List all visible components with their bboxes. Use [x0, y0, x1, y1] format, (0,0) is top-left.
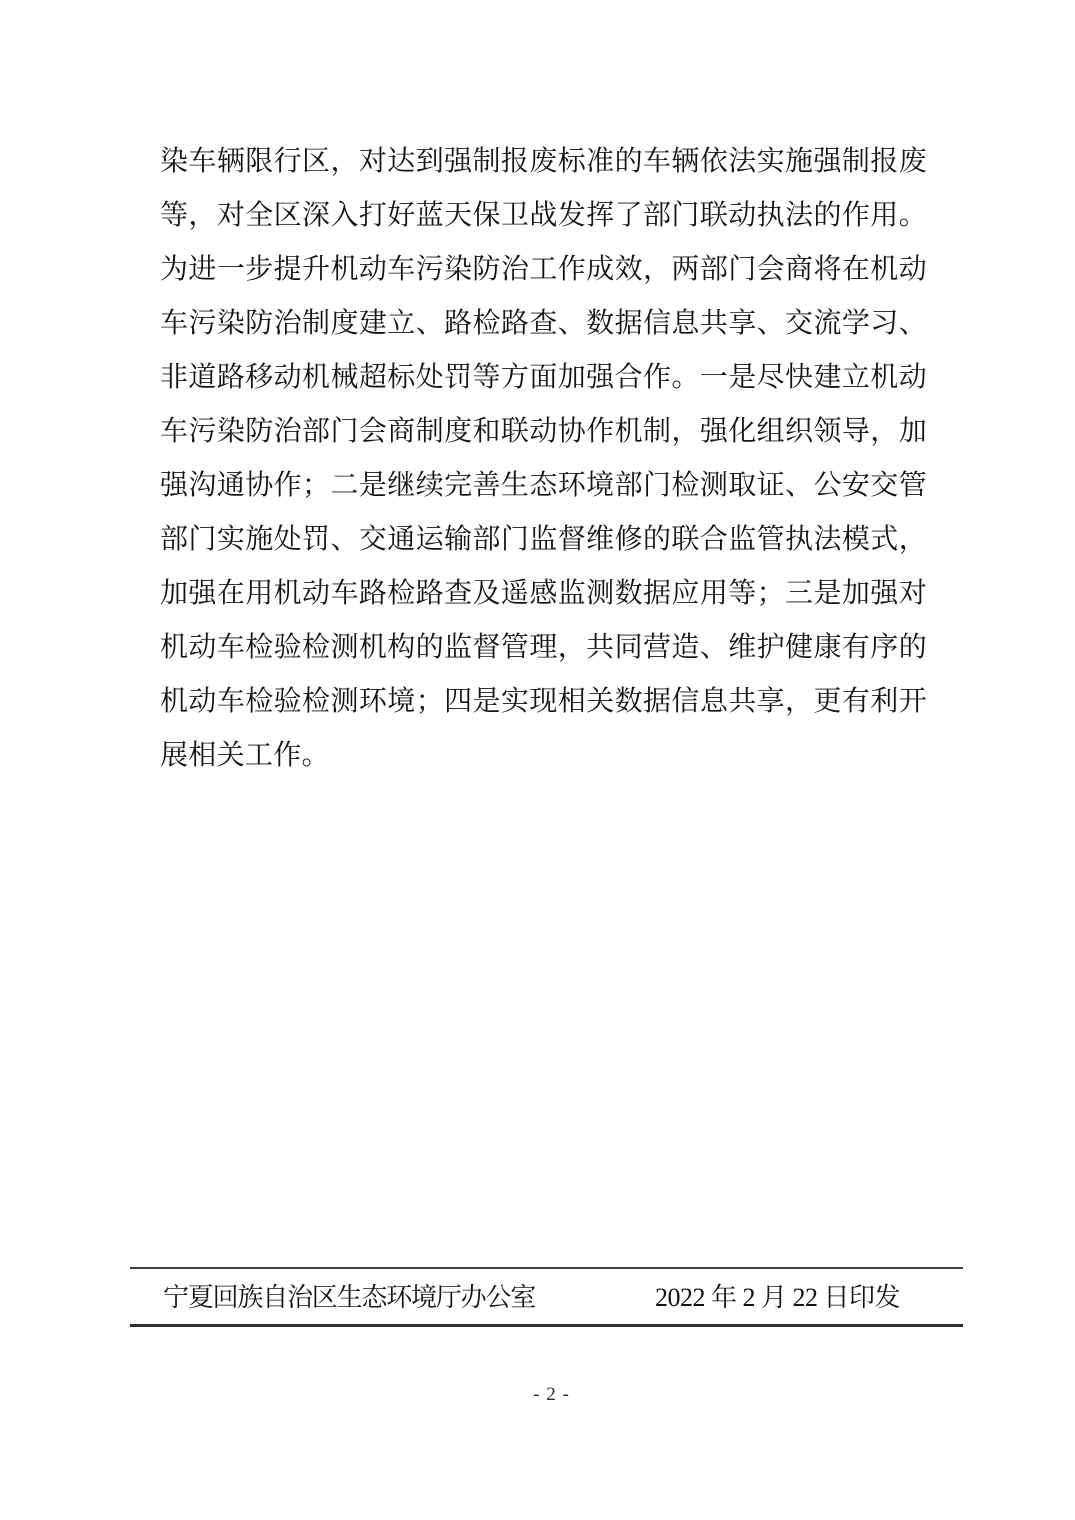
body-line: 为进一步提升机动车污染防治工作成效，两部门会商将在机动 [160, 243, 927, 297]
body-line: 部门实施处罚、交通运输部门监督维修的联合监管执法模式， [160, 513, 927, 567]
colophon-bottom-rule [130, 1324, 963, 1327]
page-number: - 2 - [14, 1384, 1075, 1406]
body-paragraph: 染车辆限行区，对达到强制报废标准的车辆依法实施强制报废 等，对全区深入打好蓝天保… [160, 135, 927, 783]
body-line: 加强在用机动车路检路查及遥感监测数据应用等；三是加强对 [160, 567, 927, 621]
body-line: 强沟通协作；二是继续完善生态环境部门检测取证、公安交管 [160, 459, 927, 513]
body-line: 染车辆限行区，对达到强制报废标准的车辆依法实施强制报废 [160, 135, 927, 189]
print-date: 2022 年 2 月 22 日印发 [655, 1284, 900, 1312]
body-line-last: 展相关工作。 [160, 729, 927, 783]
body-line: 车污染防治部门会商制度和联动协作机制，强化组织领导，加 [160, 405, 927, 459]
body-line: 机动车检验检测机构的监督管理，共同营造、维护健康有序的 [160, 621, 927, 675]
body-line: 机动车检验检测环境；四是实现相关数据信息共享，更有利开 [160, 675, 927, 729]
body-line: 车污染防治制度建立、路检路查、数据信息共享、交流学习、 [160, 297, 927, 351]
body-line: 等，对全区深入打好蓝天保卫战发挥了部门联动执法的作用。 [160, 189, 927, 243]
issuing-office-name: 宁夏回族自治区生态环境厅办公室 [163, 1284, 535, 1312]
document-page: 染车辆限行区，对达到强制报废标准的车辆依法实施强制报废 等，对全区深入打好蓝天保… [0, 0, 1075, 1520]
body-line: 非道路移动机械超标处罚等方面加强合作。一是尽快建立机动 [160, 351, 927, 405]
colophon-top-rule [130, 1267, 963, 1269]
